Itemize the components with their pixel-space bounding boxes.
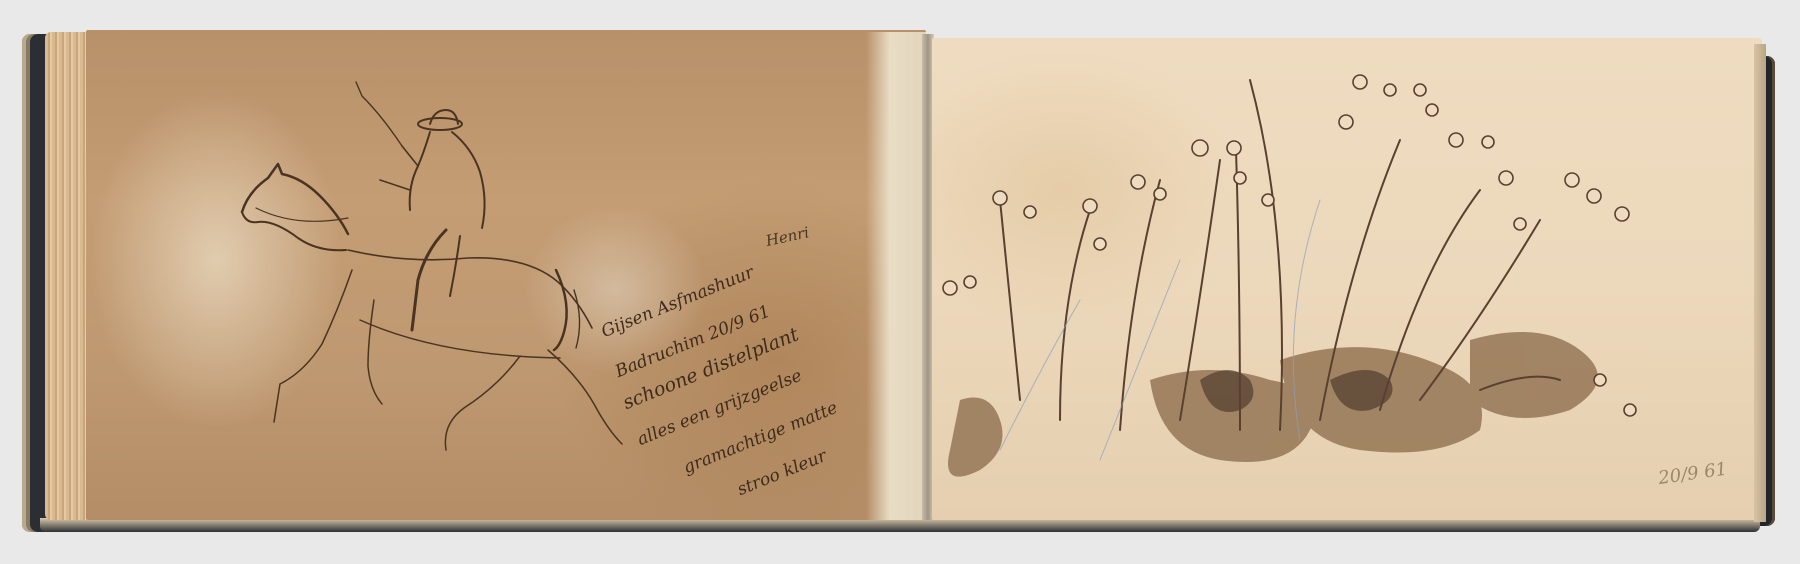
sketchbook: Henri Gijsen Asfmashuur Badruchim 20/9 6… — [0, 0, 1800, 564]
thistle-drawing — [0, 0, 1800, 564]
